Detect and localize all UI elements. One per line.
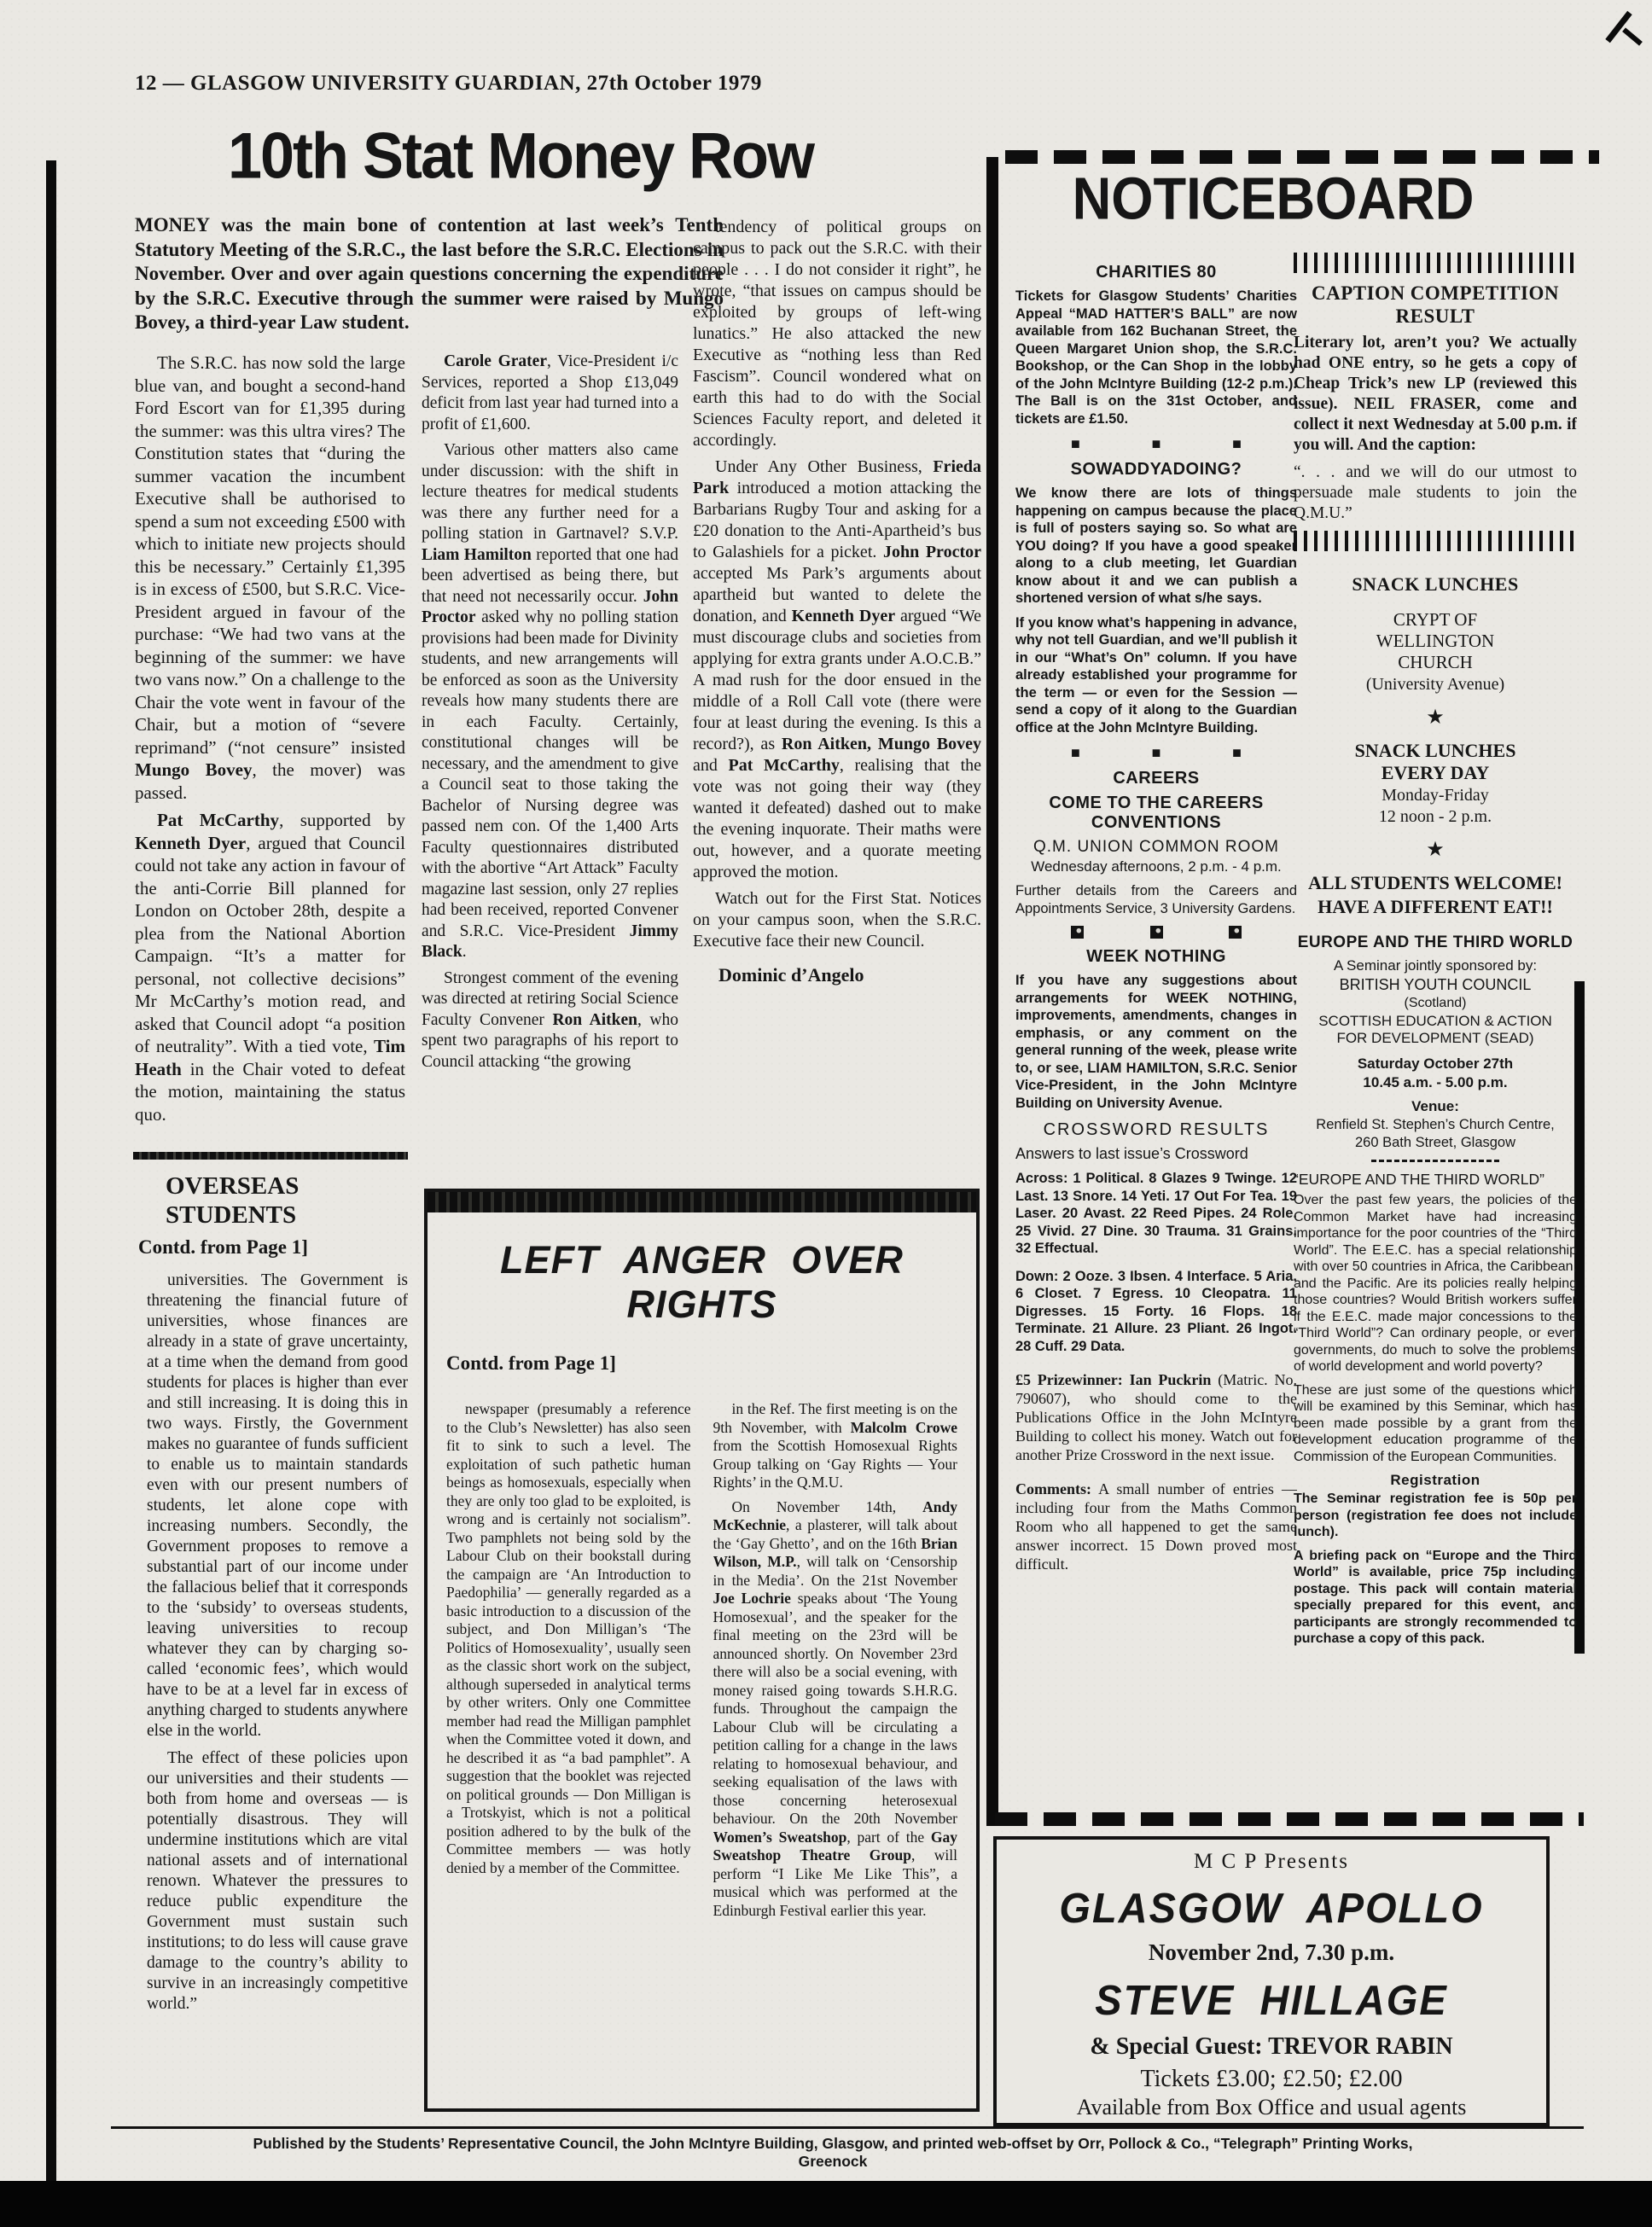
- welcome-line: HAVE A DIFFERENT EAT!!: [1294, 896, 1577, 918]
- paragraph: Carole Grater, Vice-President i/c Servic…: [422, 352, 678, 435]
- paragraph: universities. The Government is threaten…: [147, 1270, 408, 1741]
- scan-corner-mark: [1605, 11, 1632, 43]
- overseas-title: OVERSEAS STUDENTS: [166, 1172, 408, 1230]
- article-column-3-text: tendency of political groups on campus t…: [693, 217, 981, 952]
- europe-venue-label: Venue:: [1294, 1098, 1577, 1115]
- square-icon: ■: [1071, 436, 1080, 451]
- patterned-square-icon: [1150, 926, 1163, 939]
- careers-details: Further details from the Careers and App…: [1015, 882, 1297, 917]
- newspaper-page: 12 — GLASGOW UNIVERSITY GUARDIAN, 27th O…: [0, 0, 1652, 2227]
- paragraph: On November 14th, Andy McKechnie, a plas…: [713, 1498, 958, 1921]
- paragraph: Pat McCarthy, supported by Kenneth Dyer,…: [135, 809, 405, 1125]
- welcome-line: ALL STUDENTS WELCOME!: [1294, 872, 1577, 894]
- imprint-footer: Published by the Students’ Representativ…: [244, 2135, 1422, 2171]
- advert-venue: GLASGOW APOLLO: [997, 1883, 1546, 1933]
- noticeboard-column-left: CHARITIES 80 Tickets for Glasgow Student…: [1015, 254, 1297, 1804]
- paragraph: The S.R.C. has now sold the large blue v…: [135, 352, 405, 804]
- careers-subheading: COME TO THE CAREERS CONVENTIONS: [1015, 794, 1297, 833]
- registration-heading: Registration: [1294, 1472, 1577, 1489]
- noticeboard-left-border: [986, 157, 998, 1826]
- left-anger-columns: newspaper (presumably a reference to the…: [428, 1400, 976, 2112]
- left-anger-column-1: newspaper (presumably a reference to the…: [446, 1400, 691, 2112]
- article-lede: MONEY was the main bone of contention at…: [135, 213, 724, 335]
- careers-time: Wednesday afternoons, 2 p.m. - 4 p.m.: [1015, 858, 1297, 875]
- europe-body: Over the past few years, the policies of…: [1294, 1192, 1577, 1375]
- crossword-down: Down: 2 Ooze. 3 Ibsen. 4 Interface. 5 Ar…: [1015, 1268, 1297, 1356]
- footer-rule: [111, 2126, 1584, 2129]
- paragraph: tendency of political groups on campus t…: [693, 217, 981, 451]
- square-icon: ■: [1152, 436, 1161, 451]
- snack-title2: SNACK LUNCHES EVERY DAY: [1294, 740, 1577, 784]
- caption-competition-heading: CAPTION COMPETITION RESULT: [1294, 282, 1577, 328]
- crossword-sub: Answers to last issue’s Crossword: [1015, 1145, 1297, 1163]
- patterned-square-icon: [1229, 926, 1242, 939]
- sowaddyadoing-body: We know there are lots of things happeni…: [1015, 485, 1297, 608]
- left-anger-headline: LEFT ANGER OVER RIGHTS: [428, 1238, 976, 1327]
- scan-corner-mark: [1622, 27, 1643, 45]
- noticeboard-bottom-border: [995, 1812, 1584, 1826]
- dashed-divider: [1371, 1160, 1499, 1162]
- overseas-text: universities. The Government is threaten…: [133, 1270, 408, 2015]
- ruling-line: [1294, 531, 1577, 551]
- paragraph: Various other matters also came under di…: [422, 440, 678, 963]
- careers-venue: Q.M. UNION COMMON ROOM: [1015, 838, 1297, 857]
- paragraph: Strongest comment of the evening was dir…: [422, 968, 678, 1073]
- square-icon: ■: [1232, 745, 1242, 760]
- europe-sponsor: BRITISH YOUTH COUNCIL: [1294, 976, 1577, 994]
- sowaddyadoing-heading: SOWADDYADOING?: [1015, 460, 1297, 480]
- advert-tickets: Tickets £3.00; £2.50; £2.00: [997, 2066, 1546, 2093]
- patterned-square-icon: [1071, 926, 1084, 939]
- crossword-across: Across: 1 Political. 8 Glazes 9 Twinge. …: [1015, 1170, 1297, 1258]
- article-column-2: Carole Grater, Vice-President i/c Servic…: [422, 352, 678, 1143]
- europe-venue: 260 Bath Street, Glasgow: [1294, 1135, 1577, 1151]
- rule-mottled: [428, 1192, 976, 1212]
- noticeboard-top-border: [1005, 150, 1599, 164]
- europe-heading: EUROPE AND THE THIRD WORLD: [1294, 933, 1577, 952]
- byline: Dominic d’Angelo: [693, 964, 981, 986]
- europe-hours: 10.45 a.m. - 5.00 p.m.: [1294, 1074, 1577, 1091]
- paragraph: Under Any Other Business, Frieda Park in…: [693, 456, 981, 883]
- left-anger-article: LEFT ANGER OVER RIGHTS Contd. from Page …: [424, 1189, 980, 2112]
- paragraph: newspaper (presumably a reference to the…: [446, 1400, 691, 1877]
- overseas-students-article: OVERSEAS STUDENTS Contd. from Page 1] un…: [133, 1152, 408, 2021]
- scan-bottom-bar: [0, 2181, 1652, 2227]
- europe-sponsor: SCOTTISH EDUCATION & ACTION FOR DEVELOPM…: [1316, 1013, 1555, 1047]
- week-nothing-body: If you have any suggestions about arrang…: [1015, 972, 1297, 1112]
- star-icon: ★: [1294, 705, 1577, 730]
- charities-body: Tickets for Glasgow Students’ Charities …: [1015, 288, 1297, 427]
- snack-venue: CRYPT OF WELLINGTON CHURCH: [1337, 609, 1533, 673]
- left-anger-column-2: in the Ref. The first meeting is on the …: [713, 1400, 958, 2112]
- crossword-prize-notes: £5 Prizewinner: Ian Puckrin (Matric. No.…: [1015, 1370, 1297, 1573]
- ornament-squares: ■ ■ ■: [1071, 745, 1242, 760]
- europe-sponsor: (Scotland): [1294, 996, 1577, 1011]
- ornament-squares-patterned: [1071, 926, 1242, 939]
- caption-competition-quote: “. . . and we will do our utmost to pers…: [1294, 462, 1577, 524]
- main-headline: 10th Stat Money Row: [179, 119, 862, 194]
- snack-hours: 12 noon - 2 p.m.: [1294, 807, 1577, 827]
- sowaddyadoing-body: If you know what’s happening in advance,…: [1015, 614, 1297, 737]
- charities-heading: CHARITIES 80: [1015, 263, 1297, 282]
- paragraph: The effect of these policies upon our un…: [147, 1748, 408, 2015]
- registration-body: The Seminar registration fee is 50p per …: [1294, 1491, 1577, 1541]
- advert-guest: & Special Guest: TREVOR RABIN: [997, 2033, 1546, 2061]
- advert-artist: STEVE HILLAGE: [997, 1975, 1546, 2025]
- crossword-results-heading: CROSSWORD RESULTS: [1015, 1120, 1297, 1140]
- apollo-advert: M C P Presents GLASGOW APOLLO November 2…: [993, 1836, 1550, 2126]
- square-icon: ■: [1232, 436, 1242, 451]
- careers-heading: CAREERS: [1015, 769, 1297, 788]
- week-nothing-heading: WEEK NOTHING: [1015, 947, 1297, 967]
- advert-availability: Available from Box Office and usual agen…: [997, 2095, 1546, 2120]
- europe-date: Saturday October 27th: [1294, 1055, 1577, 1073]
- article-column-3: tendency of political groups on campus t…: [693, 217, 981, 1148]
- square-icon: ■: [1152, 745, 1161, 760]
- paragraph: Comments: A small number of entries — in…: [1015, 1480, 1297, 1573]
- continued-note: Contd. from Page 1]: [138, 1236, 408, 1259]
- snack-days: Monday-Friday: [1294, 786, 1577, 805]
- ruling-line: [1294, 253, 1577, 273]
- caption-competition-body: Literary lot, aren’t you? We actually ha…: [1294, 333, 1577, 456]
- star-icon: ★: [1294, 837, 1577, 862]
- continued-note: Contd. from Page 1]: [446, 1352, 976, 1375]
- advert-presenter: M C P Presents: [997, 1850, 1546, 1874]
- paragraph: in the Ref. The first meeting is on the …: [713, 1400, 958, 1492]
- noticeboard-title: NOTICEBOARD: [1047, 166, 1499, 234]
- snack-lunches-heading: SNACK LUNCHES: [1294, 573, 1577, 596]
- scan-edge-artifact: [46, 160, 56, 2181]
- paragraph: £5 Prizewinner: Ian Puckrin (Matric. No.…: [1015, 1370, 1297, 1464]
- europe-sponsored: A Seminar jointly sponsored by:: [1294, 957, 1577, 974]
- noticeboard-column-right: CAPTION COMPETITION RESULT Literary lot,…: [1294, 249, 1577, 1807]
- rule-mottled: [133, 1152, 408, 1160]
- paragraph: Watch out for the First Stat. Notices on…: [693, 888, 981, 952]
- registration-body: A briefing pack on “Europe and the Third…: [1294, 1548, 1577, 1648]
- masthead: 12 — GLASGOW UNIVERSITY GUARDIAN, 27th O…: [135, 72, 762, 96]
- advert-date: November 2nd, 7.30 p.m.: [997, 1939, 1546, 1966]
- europe-venue: Renfield St. Stephen’s Church Centre,: [1294, 1117, 1577, 1133]
- europe-body: These are just some of the questions whi…: [1294, 1382, 1577, 1466]
- snack-avenue: (University Avenue): [1294, 675, 1577, 695]
- square-icon: ■: [1071, 745, 1080, 760]
- europe-quote-heading: “EUROPE AND THE THIRD WORLD”: [1294, 1171, 1577, 1189]
- article-column-1: The S.R.C. has now sold the large blue v…: [135, 352, 405, 1143]
- ornament-squares: ■ ■ ■: [1071, 436, 1242, 451]
